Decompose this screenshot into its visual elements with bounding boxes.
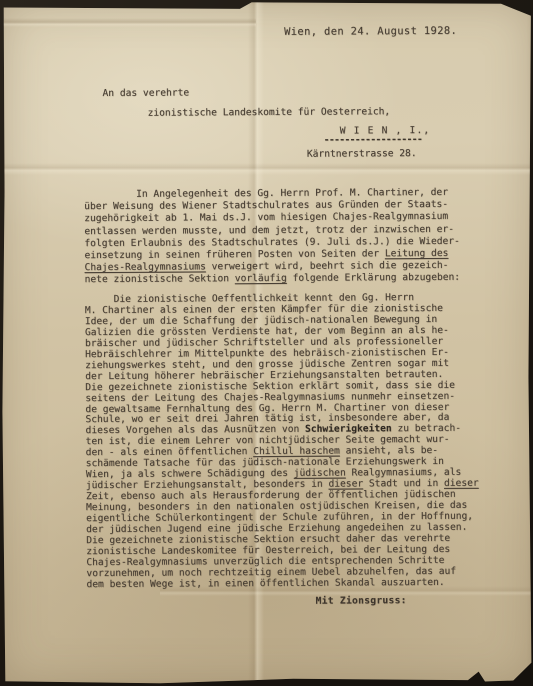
- recipient-street: Kärntnerstrasse 28.: [307, 148, 417, 160]
- recipient-city-underline: -------------------: [324, 134, 422, 146]
- letter-paper: Wien, den 24. August 1928. An das verehr…: [0, 0, 533, 686]
- letter-line: nete zionistische Sektion vorläufig folg…: [85, 272, 529, 287]
- recipient-intro: An das verehrte: [102, 87, 189, 99]
- closing-line: Mit Zionsgruss:: [316, 595, 407, 607]
- paragraph-1: In Angelegenheit des Gg. Herrn Prof. M. …: [84, 186, 529, 286]
- letter-line: dem besten Wege ist, in einen öffentlich…: [86, 577, 530, 591]
- paragraph-2: Die zionistische Oeffentlichkeit kennt d…: [85, 292, 531, 590]
- date-line: Wien, den 24. August 1928.: [284, 25, 457, 38]
- letter-content: Wien, den 24. August 1928. An das verehr…: [0, 0, 533, 686]
- recipient-organization: zionistische Landeskomite für Oesterreic…: [148, 106, 391, 118]
